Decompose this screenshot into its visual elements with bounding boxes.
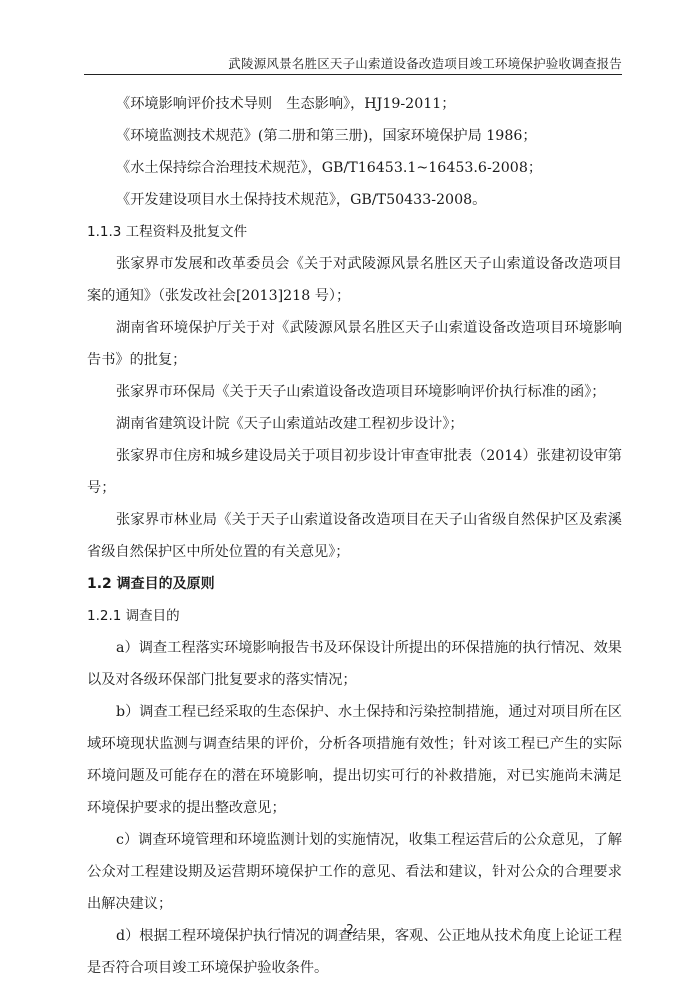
paragraph-line: 张家界市环保局《关于天子山索道设备改造项目环境影响评价执行标准的函》； [87, 376, 622, 408]
paragraph-line: 告书》的批复； [87, 344, 622, 376]
paragraph-line: 出解决建议； [87, 888, 622, 920]
reference-item: 《水土保持综合治理技术规范》，GB/T16453.1~16453.6-2008； [87, 152, 622, 184]
paragraph-line: 公众对工程建设期及运营期环境保护工作的意见、看法和建议，针对公众的合理要求提 [87, 856, 622, 888]
document-body: 《环境影响评价技术导则 生态影响》，HJ19-2011； 《环境监测技术规范》(… [87, 88, 622, 984]
paragraph-line: 张家界市发展和改革委员会《关于对武陵源风景名胜区天子山索道设备改造项目备 [87, 248, 622, 280]
paragraph-line: 是否符合项目竣工环境保护验收条件。 [87, 952, 622, 984]
paragraph-line: 湖南省建筑设计院《天子山索道站改建工程初步设计》； [87, 408, 622, 440]
paragraph-line: a）调查工程落实环境影响报告书及环保设计所提出的环保措施的执行情况、效果 [87, 632, 622, 664]
paragraph-line: 案的通知》（张发改社会[2013]218 号）； [87, 280, 622, 312]
reference-item: 《环境监测技术规范》(第二册和第三册)，国家环境保护局 1986； [87, 120, 622, 152]
paragraph-line: 张家界市林业局《关于天子山索道设备改造项目在天子山省级自然保护区及索溪峪 [87, 504, 622, 536]
paragraph-line: 号； [87, 472, 622, 504]
section-heading-1-1-3: 1.1.3 工程资料及批复文件 [87, 216, 622, 248]
paragraph-line: c）调查环境管理和环境监测计划的实施情况，收集工程运营后的公众意见，了解 [87, 824, 622, 856]
reference-item: 《环境影响评价技术导则 生态影响》，HJ19-2011； [87, 88, 622, 120]
section-heading-1-2-1: 1.2.1 调查目的 [87, 600, 622, 632]
paragraph-line: 环境问题及可能存在的潜在环境影响，提出切实可行的补救措施，对已实施尚未满足 [87, 760, 622, 792]
running-header: 武陵源风景名胜区天子山索道设备改造项目竣工环境保护验收调查报告 [84, 56, 622, 75]
reference-item: 《开发建设项目水土保持技术规范》，GB/T50433-2008。 [87, 184, 622, 216]
paragraph-line: 张家界市住房和城乡建设局关于项目初步设计审查审批表（2014）张建初设审第 1 [87, 440, 622, 472]
section-heading-1-2: 1.2 调查目的及原则 [87, 568, 622, 600]
paragraph-line: 湖南省环境保护厅关于对《武陵源风景名胜区天子山索道设备改造项目环境影响报 [87, 312, 622, 344]
page-number: 2 [0, 922, 700, 936]
paragraph-line: b）调查工程已经采取的生态保护、水土保持和污染控制措施，通过对项目所在区 [87, 696, 622, 728]
paragraph-line: 以及对各级环保部门批复要求的落实情况； [87, 664, 622, 696]
paragraph-line: 环境保护要求的提出整改意见； [87, 792, 622, 824]
paragraph-line: 省级自然保护区中所处位置的有关意见》； [87, 536, 622, 568]
paragraph-line: 域环境现状监测与调查结果的评价，分析各项措施有效性；针对该工程已产生的实际 [87, 728, 622, 760]
